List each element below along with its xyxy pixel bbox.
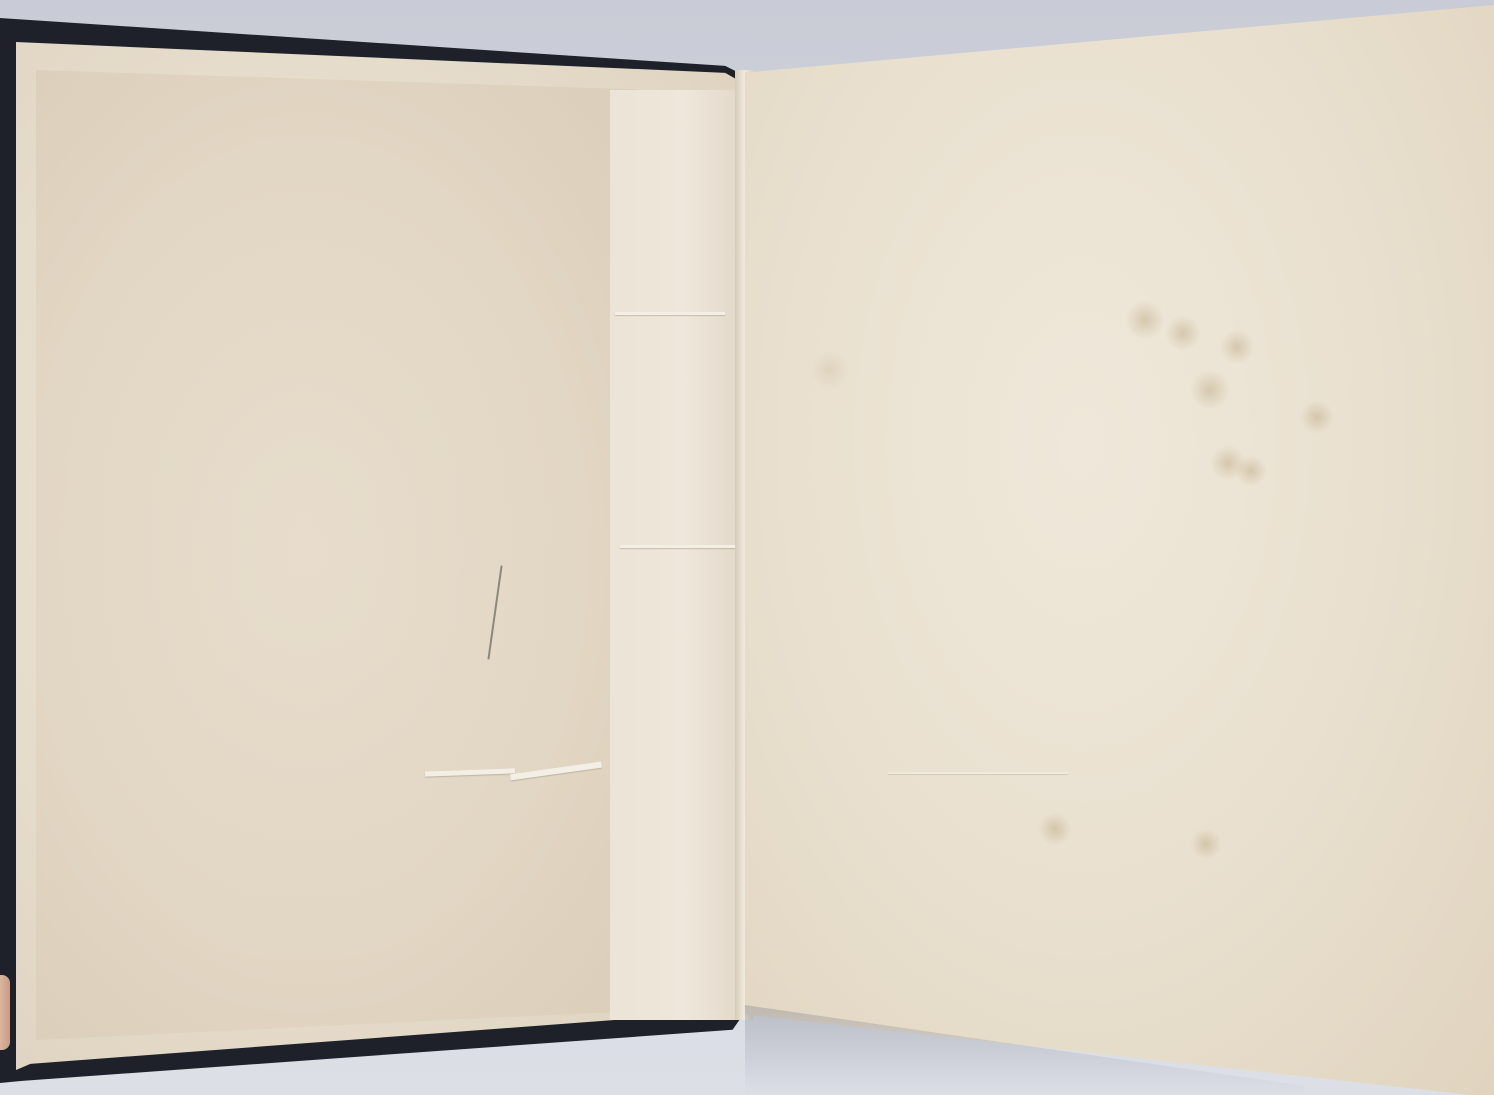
foxing-spot — [1220, 330, 1254, 364]
hinge-crease-top — [615, 312, 725, 315]
foxing-spot — [1190, 370, 1230, 410]
foxing-spot — [810, 350, 850, 390]
book-photo — [0, 0, 1494, 1095]
hinge-crease-middle — [620, 545, 735, 548]
foxing-spot — [1165, 315, 1201, 351]
foxing-spot — [1190, 828, 1222, 860]
foxing-spot — [1125, 300, 1165, 340]
foxing-spot — [1300, 400, 1334, 434]
paper-crease-right — [888, 772, 1068, 774]
right-flyleaf — [745, 5, 1494, 1095]
foxing-spot — [1038, 812, 1072, 846]
hinge-strip — [610, 90, 735, 1020]
foxing-spot — [1235, 455, 1267, 487]
left-pastedown-panel — [36, 70, 636, 1040]
hand-finger — [0, 975, 10, 1050]
